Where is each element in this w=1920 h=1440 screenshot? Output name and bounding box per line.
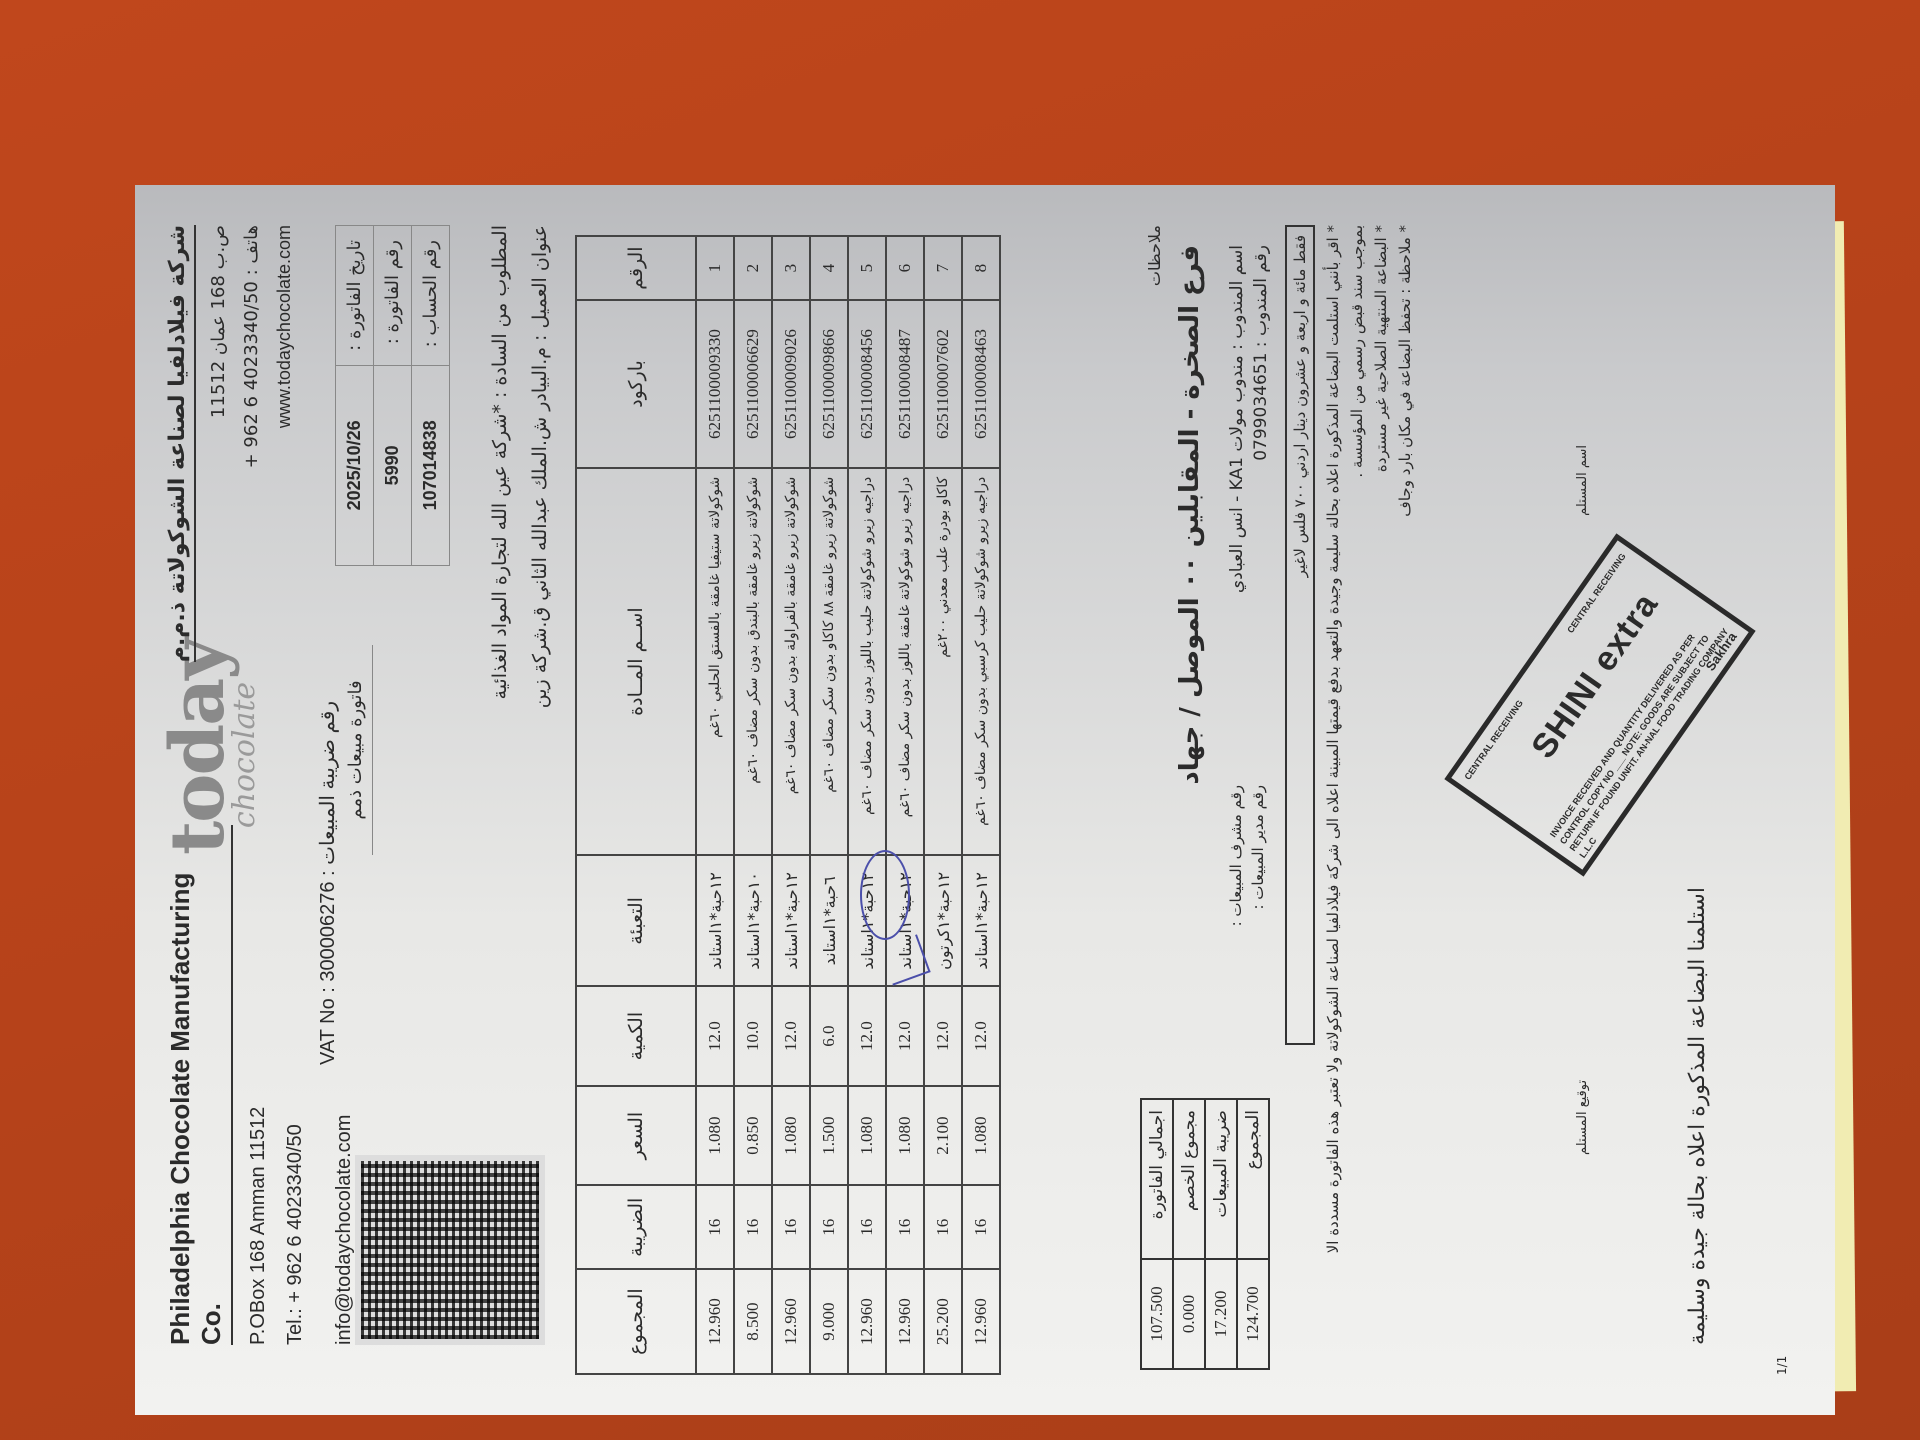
table-row: 16251100009330شوكولاتة ستيفيا غامقة بالف… (696, 236, 734, 1374)
notes-label: ملاحظات (1145, 225, 1164, 286)
branch-line: فرع الصخرة - المقابلين ٠٠ الموصل / جهاد (1175, 245, 1205, 945)
price: 2.100 (924, 1086, 962, 1186)
row-number: 8 (962, 236, 1000, 300)
item-name: دراجيه زيرو شوكولاتة حليب كرسبي بدون سكر… (962, 468, 1000, 856)
barcode: 6251100008463 (962, 300, 1000, 468)
handwritten-circle-mark (860, 850, 910, 940)
customer-label: المطلوب من السادة : (489, 225, 511, 398)
col-barcode: باركود (576, 300, 696, 468)
tax-rate: 16 (886, 1185, 924, 1269)
line-total: 12.960 (772, 1269, 810, 1374)
quantity: 12.0 (848, 986, 886, 1086)
col-total: المجموع (576, 1269, 696, 1374)
document-title: فاتورة مبيعات ذمم (345, 645, 373, 855)
item-name: شوكولاتة زيرو غامقة ٨٨ كاكاو بدون سكر مض… (810, 468, 848, 856)
manager-label: رقم مدير المبيعات : (1247, 785, 1269, 985)
company-header-ar: شركة فيلادلفيا لصناعة الشوكولاتة ذ.م.م ص… (165, 225, 295, 745)
meta-label: رقم الحساب : (412, 226, 450, 366)
table-row: 26251100006629شوكولاتة زيرو غامقة بالبند… (734, 236, 772, 1374)
company-pobox-en: P.OBox 168 Amman 11512 (247, 825, 270, 1345)
item-name: شوكولاتة زيرو غامقة بالبندق بدون سكر مضا… (734, 468, 772, 856)
company-tel-ar: هاتف : 4023340/50 6 962 + (241, 225, 262, 745)
customer-block: المطلوب من السادة : *شركة عين الله لتجار… (480, 225, 560, 1125)
received-statement: استلمنا البضاعة المذكورة اعلاه بحالة جيد… (1685, 887, 1710, 1345)
rep-name-label: اسم المندوب : (1227, 245, 1247, 350)
price: 1.080 (696, 1086, 734, 1186)
totals-row: اجمالي الفاتورة107.500 (1141, 1099, 1173, 1369)
sales-tax-total: 17.200 (1205, 1259, 1237, 1369)
receiver-name-label: اسم المستلم (1575, 445, 1590, 516)
tax-rate: 16 (962, 1185, 1000, 1269)
quantity: 12.0 (696, 986, 734, 1086)
amount-in-words: فقط مائة و اربعة و عشرون دينار اردني ٧٠٠… (1285, 225, 1315, 1045)
invoice-paper: Philadelphia Chocolate Manufacturing Co.… (135, 185, 1835, 1415)
meta-row-number: رقم الفاتورة : 5990 (374, 226, 412, 566)
table-row: 76251100007602كاكاو بودرة علب معدني ٢٠٠غ… (924, 236, 962, 1374)
totals-row: مجموع الخصم0.000 (1173, 1099, 1205, 1369)
item-name: دراجيه زيرو شوكولاتة غامقة باللوز بدون س… (886, 468, 924, 856)
invoice-meta: تاريخ الفاتورة : 2025/10/26 رقم الفاتورة… (335, 225, 450, 566)
quantity: 10.0 (734, 986, 772, 1086)
packing: ١٢حبة*١استاند (962, 855, 1000, 986)
customer-address: م.البيادر ش.الملك عبدالله الثاني ق.شركة … (529, 347, 551, 708)
total-label: مجموع الخصم (1173, 1099, 1205, 1259)
declaration: * اقر بأنني استلمت البضاعة المذكورة اعلا… (1321, 225, 1417, 1375)
line-total: 12.960 (962, 1269, 1000, 1374)
sales-rep-block: اسم المندوب : مندوب مولات KA1 - انس العب… (1225, 245, 1273, 593)
packing: ١٢حبة*١كرتون (924, 855, 962, 986)
totals-row: المجموع124.700 (1237, 1099, 1269, 1369)
packing: ٦حبة*١استاند (810, 855, 848, 986)
declaration-line: * اقر بأنني استلمت البضاعة المذكورة اعلا… (1321, 225, 1345, 1375)
line-total: 12.960 (886, 1269, 924, 1374)
line-total: 12.960 (696, 1269, 734, 1374)
declaration-line: * ملاحظة : تحفظ البضاعة في مكان بارد وجا… (1393, 225, 1417, 1375)
item-name: دراجيه زيرو شوكولاتة حليب باللوز بدون سك… (848, 468, 886, 856)
company-tel-en: Tel.: + 962 6 4023340/50 (284, 825, 307, 1345)
barcode: 6251100009330 (696, 300, 734, 468)
price: 1.080 (848, 1086, 886, 1186)
receiving-stamp: CENTRAL RECEIVING CENTRAL RECEIVING SHIN… (1444, 533, 1755, 876)
address-line: عنوان العميل : م.البيادر ش.الملك عبدالله… (520, 225, 560, 1125)
total-label: ضريبة المبيعات (1205, 1099, 1237, 1259)
invoice-photo: Philadelphia Chocolate Manufacturing Co.… (135, 185, 1835, 1415)
col-price: السعر (576, 1086, 696, 1186)
price: 1.080 (886, 1086, 924, 1186)
declaration-line: بموجب سند قبض رسمي من المؤسسة . (1345, 225, 1369, 1375)
rep-number-label: رقم المندوب : (1251, 245, 1271, 347)
packing: ١٠حبة*١استاند (734, 855, 772, 986)
line-total: 9.000 (810, 1269, 848, 1374)
total-label: اجمالي الفاتورة (1141, 1099, 1173, 1259)
row-number: 7 (924, 236, 962, 300)
vat-number: VAT No : 300006276 : رقم ضريبة المبيعات (315, 701, 340, 1065)
account-number: 107014838 (412, 365, 450, 565)
quantity: 12.0 (772, 986, 810, 1086)
tax-rate: 16 (924, 1185, 962, 1269)
discount-total: 0.000 (1173, 1259, 1205, 1369)
row-number: 5 (848, 236, 886, 300)
col-item-name: اســم المــادة (576, 468, 696, 856)
col-no: الرقم (576, 236, 696, 300)
meta-row-account: رقم الحساب : 107014838 (412, 226, 450, 566)
item-name: شوكولاتة زيرو غامقة بالفراولة بدون سكر م… (772, 468, 810, 856)
tax-rate: 16 (734, 1185, 772, 1269)
company-website: www.todaychocolate.com (274, 225, 295, 745)
table-row: 46251100009866شوكولاتة زيرو غامقة ٨٨ كاك… (810, 236, 848, 1374)
barcode: 6251100009026 (772, 300, 810, 468)
row-number: 1 (696, 236, 734, 300)
rep-name-line: اسم المندوب : مندوب مولات KA1 - انس العب… (1225, 245, 1249, 593)
rep-name: مندوب مولات KA1 - انس العبادي (1227, 355, 1247, 593)
item-name: كاكاو بودرة علب معدني ٢٠٠غم (924, 468, 962, 856)
table-row: 36251100009026شوكولاتة زيرو غامقة بالفرا… (772, 236, 810, 1374)
price: 0.850 (734, 1086, 772, 1186)
quantity: 12.0 (886, 986, 924, 1086)
address-label: عنوان العميل : (529, 225, 551, 341)
customer-name: *شركة عين الله لتجارة المواد الغذائية (489, 404, 511, 699)
stamp-corner: CENTRAL RECEIVING (1462, 698, 1525, 781)
quantity: 12.0 (924, 986, 962, 1086)
tax-rate: 16 (810, 1185, 848, 1269)
line-total: 25.200 (924, 1269, 962, 1374)
line-total: 12.960 (848, 1269, 886, 1374)
row-number: 4 (810, 236, 848, 300)
tax-rate: 16 (772, 1185, 810, 1269)
row-number: 2 (734, 236, 772, 300)
barcode: 6251100008487 (886, 300, 924, 468)
qr-code-icon (355, 1155, 545, 1345)
col-packing: التعبئة (576, 855, 696, 986)
packing: ١٢حبة*١استاند (696, 855, 734, 986)
price: 1.500 (810, 1086, 848, 1186)
company-pobox-ar: ص.ب 168 عمان 11512 (208, 225, 229, 745)
tax-rate: 16 (696, 1185, 734, 1269)
item-name: شوكولاتة ستيفيا غامقة بالفستق الحلبي ٦٠غ… (696, 468, 734, 856)
row-number: 6 (886, 236, 924, 300)
supervisor-label: رقم مشرف المبيعات : (1225, 785, 1247, 985)
meta-label: رقم الفاتورة : (374, 226, 412, 366)
supervisor-block: رقم مشرف المبيعات : رقم مدير المبيعات : (1225, 785, 1269, 985)
grand-total: 124.700 (1237, 1259, 1269, 1369)
table-row: 66251100008487دراجيه زيرو شوكولاتة غامقة… (886, 236, 924, 1374)
barcode: 6251100006629 (734, 300, 772, 468)
table-row: 56251100008456دراجيه زيرو شوكولاتة حليب … (848, 236, 886, 1374)
rep-number-line: رقم المندوب : 0799034651 (1249, 245, 1273, 593)
items-table: الرقم باركود اســم المــادة التعبئة الكم… (575, 235, 1001, 1375)
barcode: 6251100008456 (848, 300, 886, 468)
quantity: 6.0 (810, 986, 848, 1086)
declaration-line: * البضاعة المنتهية الصلاحية غير مستردة (1369, 225, 1393, 1375)
barcode: 6251100009866 (810, 300, 848, 468)
col-quantity: الكمية (576, 986, 696, 1086)
items-header-row: الرقم باركود اســم المــادة التعبئة الكم… (576, 236, 696, 1374)
table-row: 86251100008463دراجيه زيرو شوكولاتة حليب … (962, 236, 1000, 1374)
barcode: 6251100007602 (924, 300, 962, 468)
line-total: 8.500 (734, 1269, 772, 1374)
invoice-subtotal: 107.500 (1141, 1259, 1173, 1369)
tax-rate: 16 (848, 1185, 886, 1269)
price: 1.080 (772, 1086, 810, 1186)
price: 1.080 (962, 1086, 1000, 1186)
total-label: المجموع (1237, 1099, 1269, 1259)
customer-line: المطلوب من السادة : *شركة عين الله لتجار… (480, 225, 520, 1125)
quantity: 12.0 (962, 986, 1000, 1086)
page-number: 1/1 (1775, 1356, 1789, 1375)
row-number: 3 (772, 236, 810, 300)
totals-row: ضريبة المبيعات17.200 (1205, 1099, 1237, 1369)
company-name-ar: شركة فيلادلفيا لصناعة الشوكولاتة ذ.م.م (165, 225, 196, 662)
company-name-en: Philadelphia Chocolate Manufacturing Co. (165, 825, 233, 1345)
meta-row-date: تاريخ الفاتورة : 2025/10/26 (336, 226, 374, 566)
totals-table: اجمالي الفاتورة107.500 مجموع الخصم0.000 … (1140, 1098, 1270, 1370)
receiver-signature-label: توقيع المستلم (1575, 1080, 1590, 1155)
col-tax: الضريبة (576, 1185, 696, 1269)
invoice-number: 5990 (374, 365, 412, 565)
meta-label: تاريخ الفاتورة : (336, 226, 374, 366)
packing: ١٢حبة*١استاند (772, 855, 810, 986)
rep-number: 0799034651 (1251, 353, 1271, 461)
invoice-date: 2025/10/26 (336, 365, 374, 565)
